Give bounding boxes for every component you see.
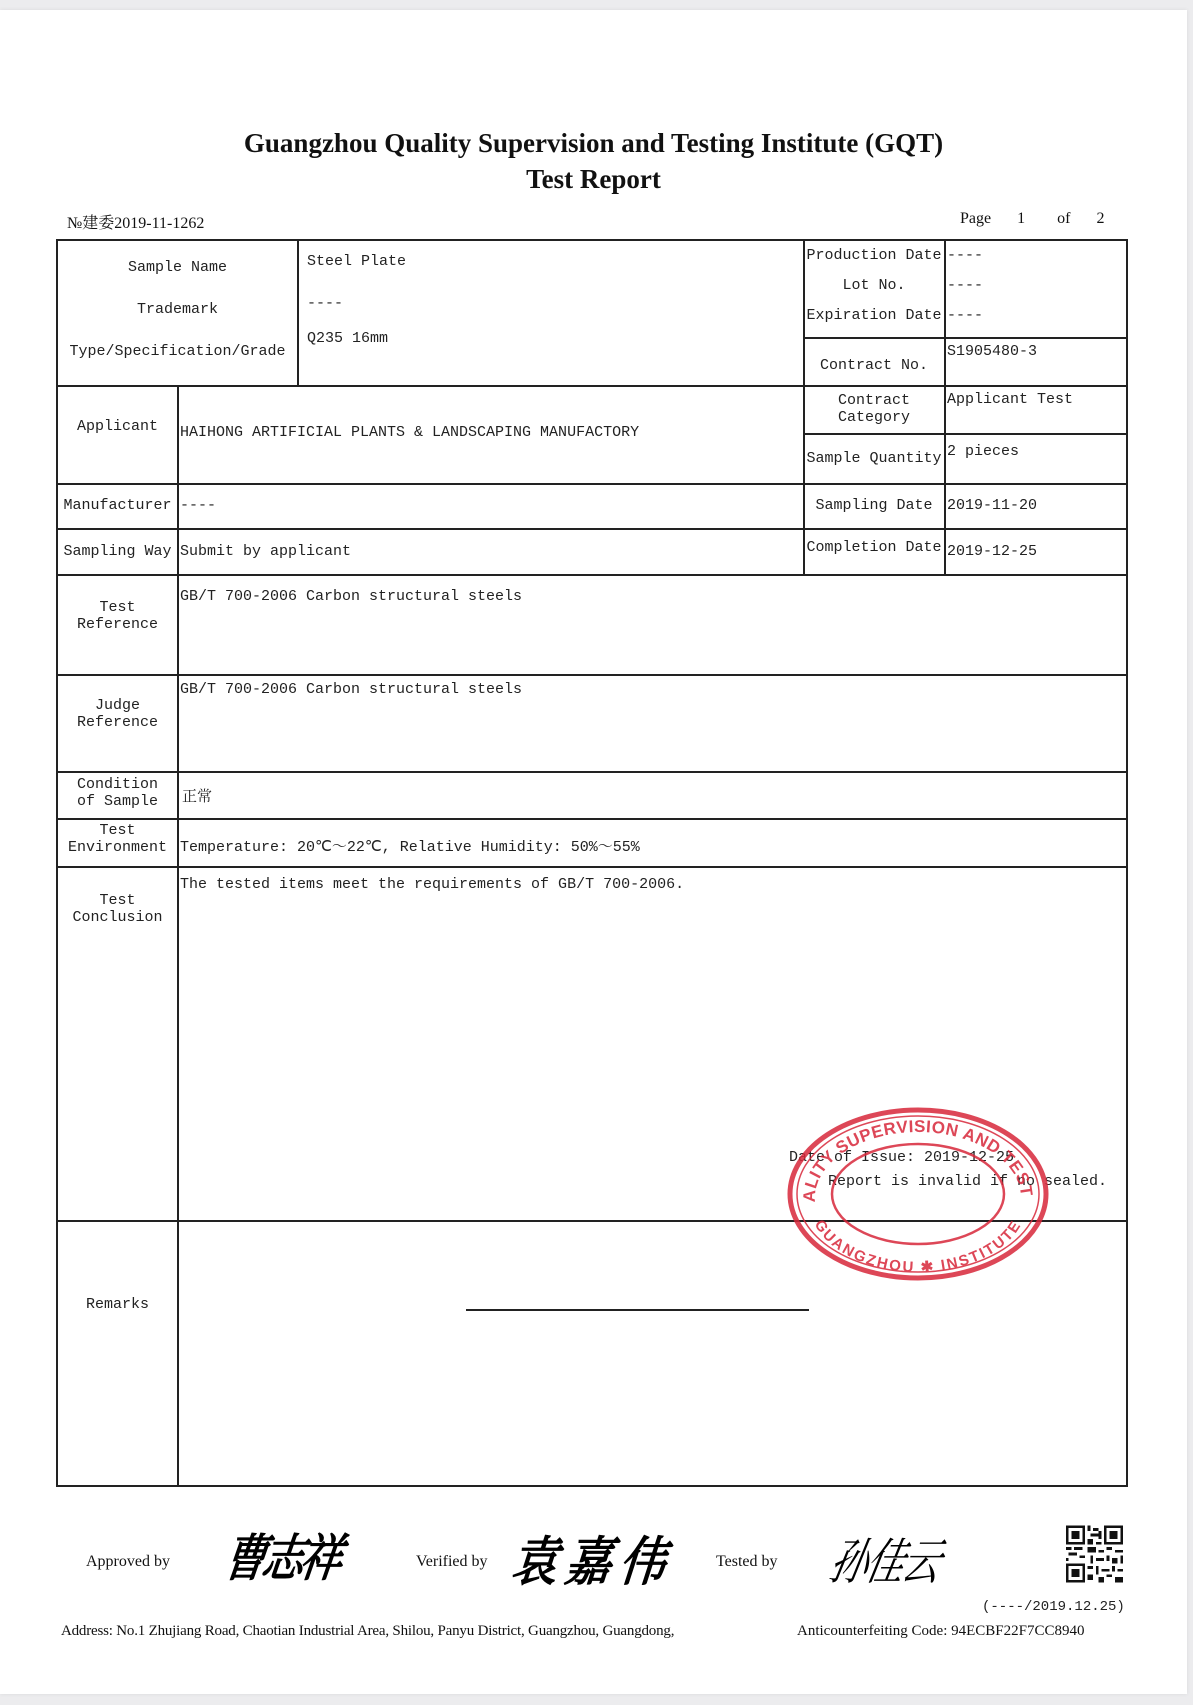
- page-label: Page: [960, 210, 991, 227]
- production-date-label: Production Date: [804, 247, 944, 264]
- contract-no-value: S1905480-3: [947, 343, 1037, 360]
- sampling-date-value: 2019-11-20: [947, 497, 1037, 514]
- test-conclusion-value: The tested items meet the requirements o…: [180, 876, 684, 893]
- stamp-top-text: QUALITY SUPERVISION AND TESTING: [785, 1106, 1036, 1203]
- verified-by-label: Verified by: [416, 1553, 488, 1571]
- qr-code: [1066, 1525, 1123, 1583]
- type-spec-grade-label: Type/Specification/Grade: [58, 343, 297, 360]
- svg-text:GUANGZHOU ✱ INSTITUTE: GUANGZHOU ✱ INSTITUTE: [811, 1217, 1025, 1276]
- expiration-date-label: Expiration Date: [804, 307, 944, 324]
- report-page: Guangzhou Quality Supervision and Testin…: [0, 10, 1187, 1694]
- type-spec-grade-value: Q235 16mm: [307, 330, 388, 347]
- institute-title: Guangzhou Quality Supervision and Testin…: [0, 128, 1187, 159]
- sample-quantity-label: Sample Quantity: [804, 450, 944, 467]
- tested-signature: 孙佳云: [824, 1522, 947, 1594]
- report-number: №建委2019-11-1262: [67, 210, 204, 233]
- condition-label: Condition of Sample: [58, 776, 177, 810]
- sample-name-label: Sample Name: [58, 259, 297, 276]
- remarks-label: Remarks: [58, 1296, 177, 1313]
- completion-date-label: Completion Date: [804, 539, 944, 556]
- test-reference-label: Test Reference: [58, 599, 177, 633]
- sampling-way-value: Submit by applicant: [180, 543, 351, 560]
- page-of: of: [1057, 210, 1070, 227]
- contract-no-label: Contract No.: [804, 357, 944, 374]
- approved-by-label: Approved by: [86, 1553, 170, 1571]
- tested-by-label: Tested by: [716, 1553, 778, 1571]
- judge-reference-label: Judge Reference: [58, 697, 177, 731]
- sampling-date-label: Sampling Date: [804, 497, 944, 514]
- svg-text:QUALITY SUPERVISION AND TESTIN: QUALITY SUPERVISION AND TESTING: [785, 1106, 1036, 1203]
- test-environment-value: Temperature: 20℃～22℃, Relative Humidity:…: [180, 835, 640, 856]
- page-current: 1: [1017, 210, 1025, 227]
- test-reference-value: GB/T 700-2006 Carbon structural steels: [180, 588, 522, 605]
- contract-category-label: Contract Category: [804, 392, 944, 426]
- trademark-value: ----: [307, 295, 343, 312]
- address: Address: No.1 Zhujiang Road, Chaotian In…: [61, 1623, 674, 1640]
- sampling-way-label: Sampling Way: [58, 543, 177, 560]
- condition-value: 正常: [182, 785, 212, 806]
- sample-quantity-value: 2 pieces: [947, 443, 1019, 460]
- stamp-bottom-text: GUANGZHOU ✱ INSTITUTE: [811, 1217, 1025, 1276]
- applicant-label: Applicant: [58, 418, 177, 435]
- manufacturer-value: ----: [180, 497, 216, 514]
- lot-no-label: Lot No.: [804, 277, 944, 294]
- expiration-date-value: ----: [947, 307, 983, 324]
- completion-date-value: 2019-12-25: [947, 543, 1037, 560]
- test-environment-label: Test Environment: [58, 822, 177, 856]
- judge-reference-value: GB/T 700-2006 Carbon structural steels: [180, 681, 522, 698]
- lot-no-value: ----: [947, 277, 983, 294]
- official-seal-stamp: QUALITY SUPERVISION AND TESTING GUANGZHO…: [785, 1106, 1051, 1282]
- page-total: 2: [1096, 210, 1104, 227]
- approved-signature: 曹志祥: [220, 1519, 344, 1591]
- applicant-value: HAIHONG ARTIFICIAL PLANTS & LANDSCAPING …: [180, 424, 639, 441]
- manufacturer-label: Manufacturer: [58, 497, 177, 514]
- qr-date: (----/2019.12.25): [982, 1599, 1125, 1615]
- trademark-label: Trademark: [58, 301, 297, 318]
- contract-category-value: Applicant Test: [947, 391, 1073, 408]
- report-title: Test Report: [0, 164, 1187, 195]
- verified-signature: 袁嘉伟: [508, 1520, 678, 1596]
- anticounterfeiting-code: Anticounterfeiting Code: 94ECBF22F7CC894…: [797, 1623, 1085, 1640]
- remarks-blank-line: [466, 1309, 809, 1311]
- test-conclusion-label: Test Conclusion: [58, 892, 177, 926]
- page-indicator: Page 1 of 2: [960, 210, 1110, 228]
- production-date-value: ----: [947, 247, 983, 264]
- sample-name-value: Steel Plate: [307, 253, 406, 270]
